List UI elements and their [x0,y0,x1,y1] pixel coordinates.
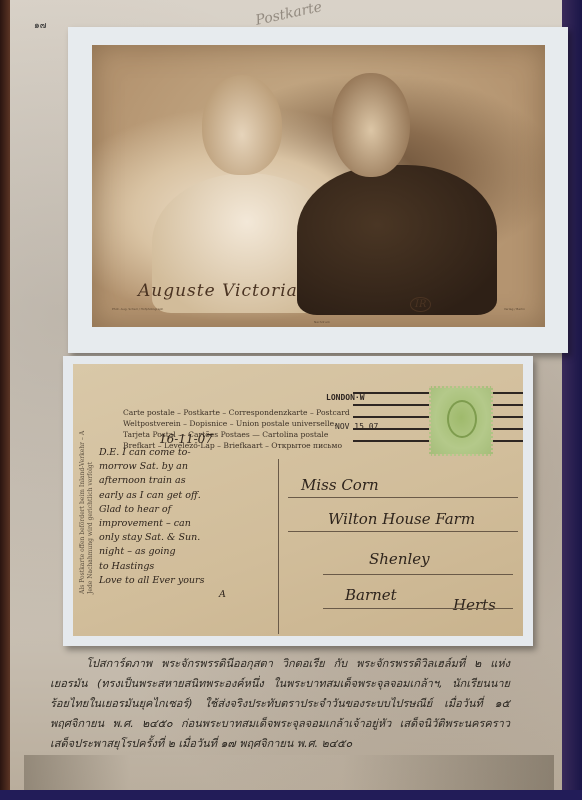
postage-stamp [429,386,493,456]
photo-credit-right: Verlag / Berlin [475,307,525,311]
photo-credit-left: Phot. Aug. Scherl / Hofphotograph [112,307,172,311]
handwritten-message: D.E. I can come to- morrow Sat. by an af… [99,446,279,602]
book-page: Postkarte ๑๗ Auguste Victoria IR Phot. A… [10,0,562,790]
address-town: Shenley [369,550,430,568]
address-city: Barnet [345,586,397,604]
postmark: LONDON·W [326,393,365,402]
postcard-vertical-notice: Als Postkarte offen befördert beim Inlan… [79,354,95,594]
address-rule [288,531,518,532]
message-line: only stay Sat. & Sun. [99,531,279,545]
decorative-background-scene [24,755,554,790]
address-rule [323,574,513,575]
address-rule [323,608,513,609]
postcard-back: Als Postkarte offen befördert beim Inlan… [73,364,523,636]
empress-head [202,75,282,175]
message-date: 16-11-07 [159,432,213,446]
message-line: to Hastings [99,560,279,574]
message-line: night – as going [99,545,279,559]
message-line: Glad to hear of [99,503,279,517]
signature: Auguste Victoria [138,281,298,301]
address-street: Wilton House Farm [328,510,475,528]
vertical-notice-line: Jede Nachahmung wird gerichtlich verfolg… [87,354,95,594]
vertical-notice-line: Als Postkarte offen befördert beim Inlan… [79,354,87,594]
message-line: improvement – can [99,517,279,531]
photo-credit-center: Nachdruck [307,320,337,324]
thai-caption: โปสการ์ดภาพ พระจักรพรรดินีออกุสตา วิกตอเ… [50,654,510,754]
kaiser-head [332,73,410,177]
address-name: Miss Corn [301,476,379,494]
portrait-postcard-mount: Auguste Victoria IR Phot. Aug. Scherl / … [68,27,568,353]
postmark-date: NOV 15 07 [335,422,378,431]
address-county: Herts [453,596,496,614]
message-line: D.E. I can come to- [99,446,279,460]
book-cover-bottom [0,790,582,800]
kaiser-uniform [297,165,497,315]
message-line: early as I can get off. [99,489,279,503]
stamp-portrait-icon [447,400,477,438]
message-line: Love to all Ever yours [99,574,279,588]
postcard-back-mount: Als Postkarte offen befördert beim Inlan… [63,356,533,646]
message-line: A [99,588,279,602]
message-line: morrow Sat. by an [99,460,279,474]
background-script: Postkarte [254,0,323,29]
message-line: afternoon train as [99,474,279,488]
page-number: ๑๗ [34,18,46,32]
portrait-photo: Auguste Victoria IR Phot. Aug. Scherl / … [92,45,545,327]
address-rule [288,497,518,498]
